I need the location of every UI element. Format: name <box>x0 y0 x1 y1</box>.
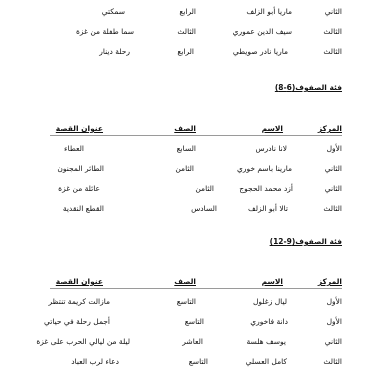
table-row: الثالث سيف الدين عموري الثالث سما طفلة م… <box>0 26 375 38</box>
header-story-title: عنوان القصة <box>56 276 103 288</box>
grade-cell: الرابع <box>179 6 196 18</box>
grade-cell: الثامن <box>175 163 194 175</box>
header-divider <box>50 135 342 136</box>
table-row: الثاني مارينا باسم خوري الثامن الطائر ال… <box>0 163 375 175</box>
rank-cell: الثالث <box>323 26 342 38</box>
rank-cell: الثاني <box>325 336 342 348</box>
table-row: الأول لانا نادرس السابع العطاء <box>0 143 375 155</box>
header-grade: الصف <box>174 276 196 288</box>
grade-cell: الثامن <box>195 183 214 195</box>
section-title-grades-6-8: فئة الصفوف(6-8) <box>275 83 342 92</box>
rank-cell: الأول <box>327 143 342 155</box>
table-row: الثاني يوسف هلسة العاشر ليلة من ليالي ال… <box>0 336 375 348</box>
name-cell: أزد محمد الحجوج <box>239 183 293 195</box>
name-cell: يوسف هلسة <box>246 336 286 348</box>
name-cell: ليال زغلول <box>253 296 287 308</box>
header-story-title: عنوان القصة <box>56 123 103 135</box>
table-header-row: المركز الاسم الصف عنوان القصة <box>0 123 375 135</box>
header-name: الاسم <box>262 276 283 288</box>
table-row: الثاني ماريا أبو الزلف الرابع سمكتي <box>0 6 375 18</box>
story-title-cell: ليلة من ليالي الحرب على غزة <box>36 336 130 348</box>
name-cell: ماريا نادر صويطي <box>233 46 288 58</box>
table-row: الثاني أزد محمد الحجوج الثامن عائلة من غ… <box>0 183 375 195</box>
table-header-row: المركز الاسم الصف عنوان القصة <box>0 276 375 288</box>
table-row: الأول ليال زغلول التاسع مازالت كريمة تنت… <box>0 296 375 308</box>
rank-cell: الأول <box>327 296 342 308</box>
name-cell: لانا نادرس <box>255 143 287 155</box>
name-cell: كامل العسلي <box>246 356 287 368</box>
grade-cell: العاشر <box>182 336 203 348</box>
header-grade: الصف <box>174 123 196 135</box>
document-page: الثاني ماريا أبو الزلف الرابع سمكتي الثا… <box>0 0 375 374</box>
name-cell: سيف الدين عموري <box>233 26 292 38</box>
name-cell: تالا أبو الزلف <box>248 203 288 215</box>
table-row: الثالث كامل العسلي التاسع دعاء لرب العبا… <box>0 356 375 368</box>
rank-cell: الثاني <box>325 6 342 18</box>
rank-cell: الثاني <box>325 183 342 195</box>
story-title-cell: مازالت كريمة تنتظر <box>49 296 110 308</box>
grade-cell: الثالث <box>177 26 196 38</box>
rank-cell: الثالث <box>323 46 342 58</box>
grade-cell: التاسع <box>189 356 208 368</box>
story-title-cell: رحلة دينار <box>99 46 130 58</box>
grade-cell: السابع <box>177 143 196 155</box>
story-title-cell: دعاء لرب العباد <box>71 356 119 368</box>
story-title-cell: سمكتي <box>102 6 125 18</box>
grade-cell: الرابع <box>177 46 194 58</box>
header-name: الاسم <box>262 123 283 135</box>
story-title-cell: القطع النقدية <box>63 203 104 215</box>
rank-cell: الثاني <box>325 163 342 175</box>
story-title-cell: أجمل رحلة في حياتي <box>44 316 110 328</box>
name-cell: ماريا أبو الزلف <box>246 6 292 18</box>
grade-cell: التاسع <box>177 296 196 308</box>
rank-cell: الثالث <box>323 203 342 215</box>
header-rank: المركز <box>318 123 342 135</box>
story-title-cell: سما طفلة من غزة <box>76 26 134 38</box>
name-cell: دانة فاخوري <box>250 316 288 328</box>
story-title-cell: العطاء <box>64 143 84 155</box>
story-title-cell: الطائر المجنون <box>57 163 104 175</box>
table-row: الثالث ماريا نادر صويطي الرابع رحلة دينا… <box>0 46 375 58</box>
table-row: الأول دانة فاخوري التاسع أجمل رحلة في حي… <box>0 316 375 328</box>
story-title-cell: عائلة من غزة <box>58 183 100 195</box>
rank-cell: الأول <box>327 316 342 328</box>
header-rank: المركز <box>318 276 342 288</box>
rank-cell: الثالث <box>323 356 342 368</box>
grade-cell: التاسع <box>185 316 204 328</box>
section-title-grades-9-12: فئة الصفوف(9-12) <box>270 237 342 246</box>
name-cell: مارينا باسم خوري <box>237 163 292 175</box>
table-row: الثالث تالا أبو الزلف السادس القطع النقد… <box>0 203 375 215</box>
grade-cell: السادس <box>191 203 217 215</box>
header-divider <box>50 288 342 289</box>
